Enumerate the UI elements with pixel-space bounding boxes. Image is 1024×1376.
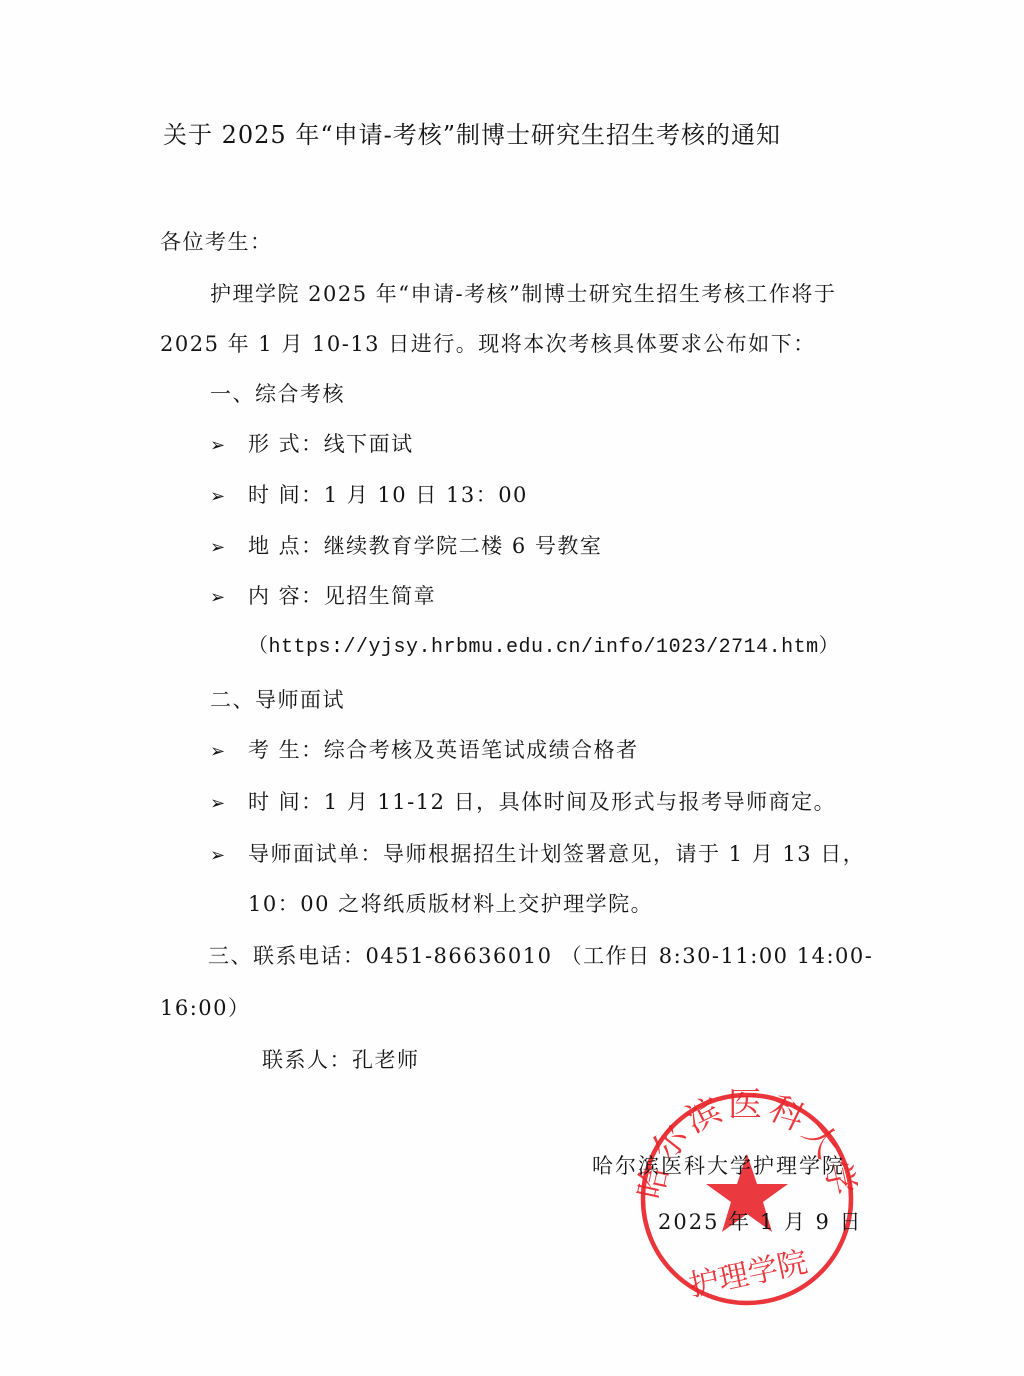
arrow-bullet-icon: ➢ [210, 432, 248, 460]
salutation: 各位考生： [160, 228, 273, 256]
arrow-bullet-icon: ➢ [210, 483, 248, 511]
item-value: 见招生简章 [324, 584, 437, 608]
svg-text:哈尔滨医科大学: 哈尔滨医科大学 [636, 1088, 858, 1203]
item-value: 1 月 11-12 日，具体时间及形式与报考导师商定。 [324, 790, 836, 814]
document-title: 关于 2025 年“申请-考核”制博士研究生招生考核的通知 [163, 118, 781, 152]
intro-paragraph-line-2: 2025 年 1 月 10-13 日进行。现将本次考核具体要求公布如下： [160, 330, 816, 358]
list-item-location: ➢地 点：继续教育学院二楼 6 号教室 [210, 532, 602, 562]
list-item-interview-form: ➢导师面试单：导师根据招生计划签署意见，请于 1 月 13 日， [210, 840, 865, 870]
section-heading-supervisor-interview: 二、导师面试 [210, 686, 345, 714]
item-label: 时 间： [248, 483, 324, 507]
arrow-bullet-icon: ➢ [210, 790, 248, 818]
item-value: 1 月 10 日 13：00 [324, 483, 528, 507]
item-label: 考 生： [248, 738, 324, 762]
official-seal-stamp: 哈尔滨医科大学 护理学院 [636, 1088, 858, 1310]
item-label: 地 点： [248, 534, 324, 558]
arrow-bullet-icon: ➢ [210, 738, 248, 766]
intro-paragraph-line-1: 护理学院 2025 年“申请-考核”制博士研究生招生考核工作将于 [210, 280, 836, 308]
list-item-content: ➢内 容：见招生简章 [210, 582, 436, 612]
contact-phone-hours-wrap: 16:00） [160, 994, 251, 1022]
admission-brochure-link[interactable]: （https://yjsy.hrbmu.edu.cn/info/1023/271… [248, 634, 839, 662]
list-item-time: ➢时 间：1 月 10 日 13：00 [210, 481, 528, 511]
section-heading-comprehensive-exam: 一、综合考核 [210, 380, 345, 408]
list-item-format: ➢形 式：线下面试 [210, 430, 414, 460]
item-label: 形 式： [248, 432, 324, 456]
signature-date: 2025 年 1 月 9 日 [658, 1208, 863, 1236]
arrow-bullet-icon: ➢ [210, 842, 248, 870]
list-item-candidates: ➢考 生：综合考核及英语笔试成绩合格者 [210, 736, 639, 766]
item-label: 时 间： [248, 790, 324, 814]
contact-person: 联系人：孔老师 [262, 1046, 420, 1074]
item-value: 继续教育学院二楼 6 号教室 [324, 534, 603, 558]
arrow-bullet-icon: ➢ [210, 584, 248, 612]
item-label: 内 容： [248, 584, 324, 608]
signature-organization: 哈尔滨医科大学护理学院 [592, 1152, 845, 1180]
document-page: 关于 2025 年“申请-考核”制博士研究生招生考核的通知 各位考生： 护理学院… [0, 0, 1024, 1376]
section-heading-contact-phone: 三、联系电话：0451-86636010 （工作日 8:30-11:00 14:… [208, 942, 873, 970]
svg-text:护理学院: 护理学院 [686, 1245, 811, 1304]
interview-form-continuation: 10：00 之将纸质版材料上交护理学院。 [248, 890, 653, 918]
arrow-bullet-icon: ➢ [210, 534, 248, 562]
item-label: 导师面试单： [248, 842, 383, 866]
item-value: 线下面试 [324, 432, 414, 456]
item-value: 综合考核及英语笔试成绩合格者 [324, 738, 639, 762]
list-item-interview-time: ➢时 间：1 月 11-12 日，具体时间及形式与报考导师商定。 [210, 788, 836, 818]
item-value: 导师根据招生计划签署意见，请于 1 月 13 日， [383, 842, 865, 866]
